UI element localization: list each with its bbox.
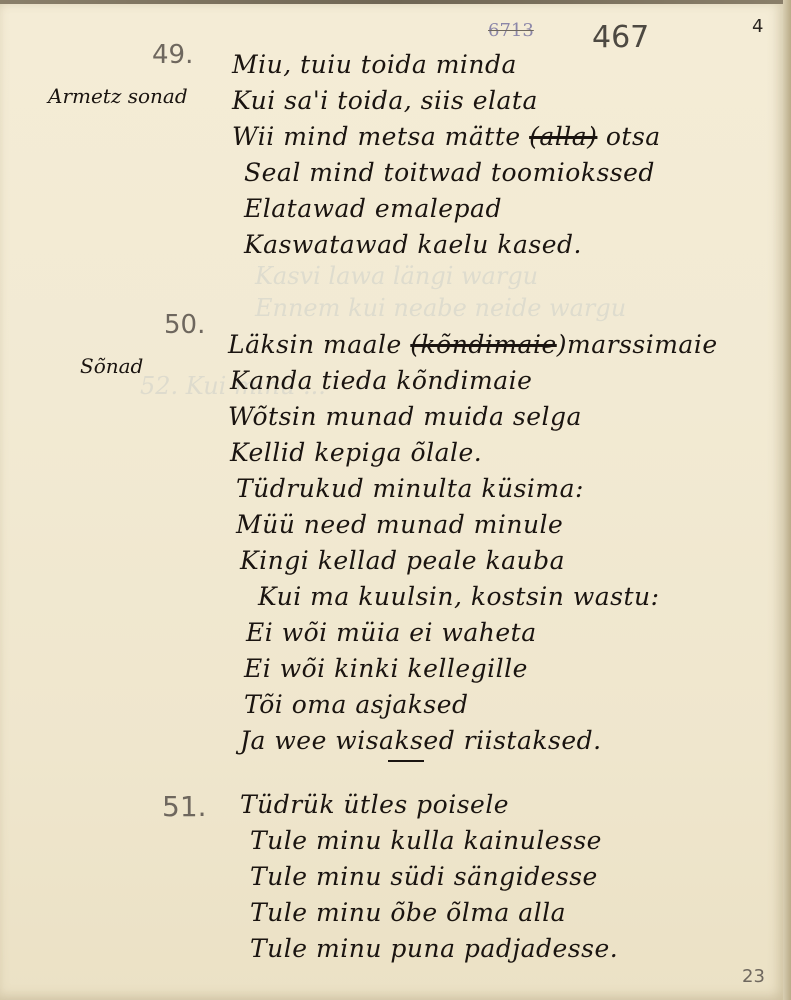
song-51-line-1: Tüdrük ütles poisele bbox=[240, 790, 509, 819]
song-50-line-11: Tõi oma asjaksed bbox=[244, 690, 469, 719]
old-archive-number: 6713 bbox=[488, 20, 534, 41]
song-49-line-6: Kaswatawad kaelu kased. bbox=[244, 230, 582, 259]
song-51-line-4: Tule minu õbe õlma alla bbox=[250, 898, 566, 927]
line-text: Läksin maale bbox=[228, 330, 410, 359]
manuscript-page: Kasvi lawa längi wargu Ennem kui neabe n… bbox=[0, 4, 783, 1000]
song-51-line-2: Tule minu kulla kainulesse bbox=[250, 826, 602, 855]
song-50-line-12: Ja wee wisaksed riistaksed. bbox=[240, 726, 602, 755]
song-50-line-7: Kingi kellad peale kauba bbox=[240, 546, 565, 575]
song-50-line-10: Ei wõi kinki kellegille bbox=[244, 654, 528, 683]
song-50-line-6: Müü need munad minule bbox=[236, 510, 563, 539]
song-number-49: 49. bbox=[152, 40, 193, 70]
song-number-51: 51. bbox=[162, 790, 207, 823]
song-50-margin-label: Sõnad bbox=[80, 354, 143, 378]
page-right-edge bbox=[783, 0, 791, 1000]
song-50-line-1: Läksin maale (kõndimaie)marssimaie bbox=[228, 330, 718, 359]
sheet-number: 4 bbox=[752, 16, 763, 37]
song-50-line-9: Ei wõi müia ei waheta bbox=[246, 618, 537, 647]
section-divider bbox=[388, 760, 424, 762]
song-50-line-4: Kellid kepiga õlale. bbox=[230, 438, 482, 467]
bleed-through-text: Ennem kui neabe neide wargu bbox=[255, 294, 626, 322]
song-49-line-5: Elatawad emalepad bbox=[244, 194, 502, 223]
song-50-line-2: Kanda tieda kõndimaie bbox=[230, 366, 532, 395]
song-50-line-8: Kui ma kuulsin, kostsin wastu: bbox=[258, 582, 660, 611]
struck-text: (kõndimaie bbox=[410, 330, 556, 359]
song-49-line-1: Miu, tuiu toida minda bbox=[232, 50, 517, 79]
song-49-line-4: Seal mind toitwad toomiokssed bbox=[244, 158, 655, 187]
line-text: )marssimaie bbox=[557, 330, 718, 359]
song-49-line-3: Wii mind metsa mätte (alla) otsa bbox=[232, 122, 661, 151]
song-number-50: 50. bbox=[164, 310, 205, 340]
struck-text: (alla) bbox=[529, 122, 597, 151]
song-51-line-5: Tule minu puna padjadesse. bbox=[250, 934, 618, 963]
line-text: Wii mind metsa mätte bbox=[232, 122, 529, 151]
folio-number: 23 bbox=[742, 966, 765, 987]
song-50-line-3: Wõtsin munad muida selga bbox=[228, 402, 582, 431]
line-text: otsa bbox=[597, 122, 660, 151]
song-51-line-3: Tule minu südi sängidesse bbox=[250, 862, 598, 891]
song-50-line-5: Tüdrukud minulta küsima: bbox=[236, 474, 584, 503]
song-49-line-2: Kui sa'i toida, siis elata bbox=[232, 86, 538, 115]
bleed-through-text: Kasvi lawa längi wargu bbox=[255, 262, 538, 290]
archive-number: 467 bbox=[592, 20, 649, 55]
song-49-margin-label: Armetz sonad bbox=[48, 84, 188, 108]
